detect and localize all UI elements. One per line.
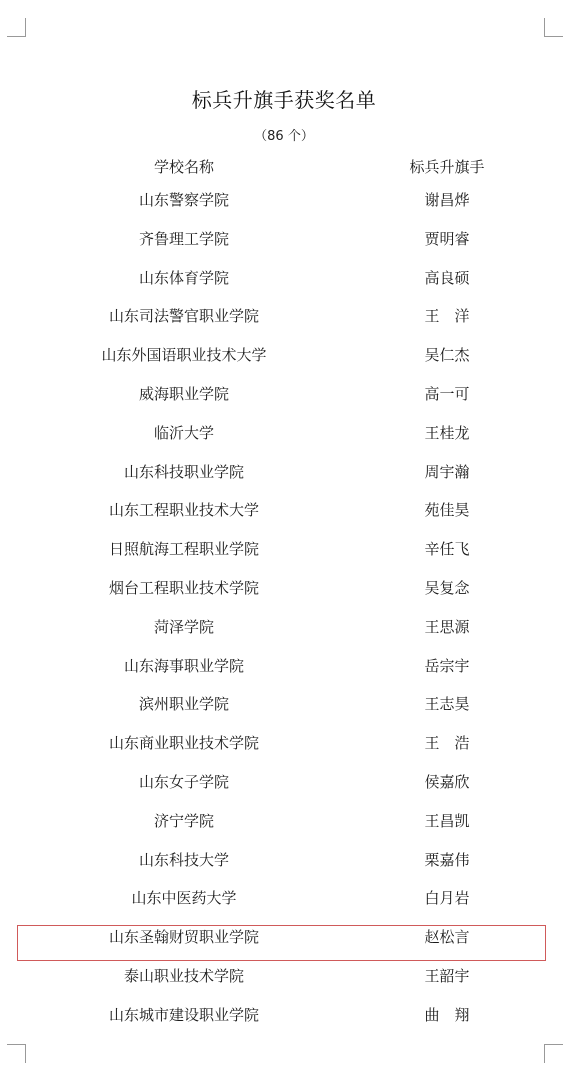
student-name: 侯嘉欣 [392, 768, 502, 796]
document-subtitle-count: （86 个） [0, 125, 568, 144]
student-name: 赵松言 [392, 923, 502, 951]
student-name: 岳宗宇 [392, 652, 502, 680]
student-name: 高一可 [392, 380, 502, 408]
school-name: 山东城市建设职业学院 [64, 1001, 304, 1029]
table-row: 济宁学院王昌凯 [0, 807, 568, 846]
school-name: 山东司法警官职业学院 [64, 302, 304, 330]
student-name: 周宇瀚 [392, 458, 502, 486]
table-row: 泰山职业技术学院王韶宇 [0, 962, 568, 1001]
school-name: 山东体育学院 [64, 264, 304, 292]
table-row: 齐鲁理工学院贾明睿 [0, 225, 568, 264]
student-name: 谢昌烨 [392, 186, 502, 214]
school-name: 山东海事职业学院 [64, 652, 304, 680]
school-name: 菏泽学院 [64, 613, 304, 641]
student-name: 王韶宇 [392, 962, 502, 990]
column-header-flag-raiser: 标兵升旗手 [392, 156, 502, 177]
document-title: 标兵升旗手获奖名单 [0, 84, 568, 113]
table-row: 菏泽学院王思源 [0, 613, 568, 652]
table-row: 山东司法警官职业学院王 洋 [0, 302, 568, 341]
school-name: 威海职业学院 [64, 380, 304, 408]
student-name: 曲 翔 [392, 1001, 502, 1029]
student-name: 王思源 [392, 613, 502, 641]
school-name: 临沂大学 [64, 419, 304, 447]
school-name: 齐鲁理工学院 [64, 225, 304, 253]
table-row: 山东科技大学栗嘉伟 [0, 846, 568, 885]
school-name: 山东工程职业技术大学 [64, 496, 304, 524]
student-name: 王志昊 [392, 690, 502, 718]
table-row: 山东城市建设职业学院曲 翔 [0, 1001, 568, 1040]
award-list: 山东警察学院谢昌烨 齐鲁理工学院贾明睿 山东体育学院高良硕 山东司法警官职业学院… [0, 186, 568, 1040]
table-row: 山东警察学院谢昌烨 [0, 186, 568, 225]
student-name: 王昌凯 [392, 807, 502, 835]
student-name: 贾明睿 [392, 225, 502, 253]
table-row: 山东中医药大学白月岩 [0, 884, 568, 923]
student-name: 苑佳昊 [392, 496, 502, 524]
page-corner-mark-bottom-left [7, 1044, 26, 1063]
page-corner-mark-top-right [544, 18, 563, 37]
student-name: 高良硕 [392, 264, 502, 292]
column-header-school: 学校名称 [64, 156, 304, 177]
table-row: 山东商业职业技术学院王 浩 [0, 729, 568, 768]
table-row: 山东海事职业学院岳宗宇 [0, 652, 568, 691]
student-name: 栗嘉伟 [392, 846, 502, 874]
table-row: 滨州职业学院王志昊 [0, 690, 568, 729]
student-name: 辛任飞 [392, 535, 502, 563]
table-header: 学校名称 标兵升旗手 [0, 156, 568, 180]
student-name: 王桂龙 [392, 419, 502, 447]
school-name: 山东商业职业技术学院 [64, 729, 304, 757]
school-name: 山东中医药大学 [64, 884, 304, 912]
school-name: 济宁学院 [64, 807, 304, 835]
table-row: 山东女子学院侯嘉欣 [0, 768, 568, 807]
school-name: 滨州职业学院 [64, 690, 304, 718]
school-name: 烟台工程职业技术学院 [64, 574, 304, 602]
school-name: 山东科技大学 [64, 846, 304, 874]
table-row: 日照航海工程职业学院辛任飞 [0, 535, 568, 574]
table-row: 山东外国语职业技术大学吴仁杰 [0, 341, 568, 380]
table-row: 烟台工程职业技术学院吴复念 [0, 574, 568, 613]
table-row-highlighted: 山东圣翰财贸职业学院赵松言 [0, 923, 568, 962]
school-name: 泰山职业技术学院 [64, 962, 304, 990]
student-name: 白月岩 [392, 884, 502, 912]
school-name: 山东科技职业学院 [64, 458, 304, 486]
page-corner-mark-top-left [7, 18, 26, 37]
student-name: 吴复念 [392, 574, 502, 602]
table-row: 山东体育学院高良硕 [0, 264, 568, 303]
school-name: 山东圣翰财贸职业学院 [64, 923, 304, 951]
table-row: 威海职业学院高一可 [0, 380, 568, 419]
page-corner-mark-bottom-right [544, 1044, 563, 1063]
table-row: 山东科技职业学院周宇瀚 [0, 458, 568, 497]
student-name: 王 浩 [392, 729, 502, 757]
school-name: 山东警察学院 [64, 186, 304, 214]
school-name: 山东外国语职业技术大学 [64, 341, 304, 369]
school-name: 山东女子学院 [64, 768, 304, 796]
student-name: 王 洋 [392, 302, 502, 330]
table-row: 山东工程职业技术大学苑佳昊 [0, 496, 568, 535]
school-name: 日照航海工程职业学院 [64, 535, 304, 563]
table-row: 临沂大学王桂龙 [0, 419, 568, 458]
student-name: 吴仁杰 [392, 341, 502, 369]
